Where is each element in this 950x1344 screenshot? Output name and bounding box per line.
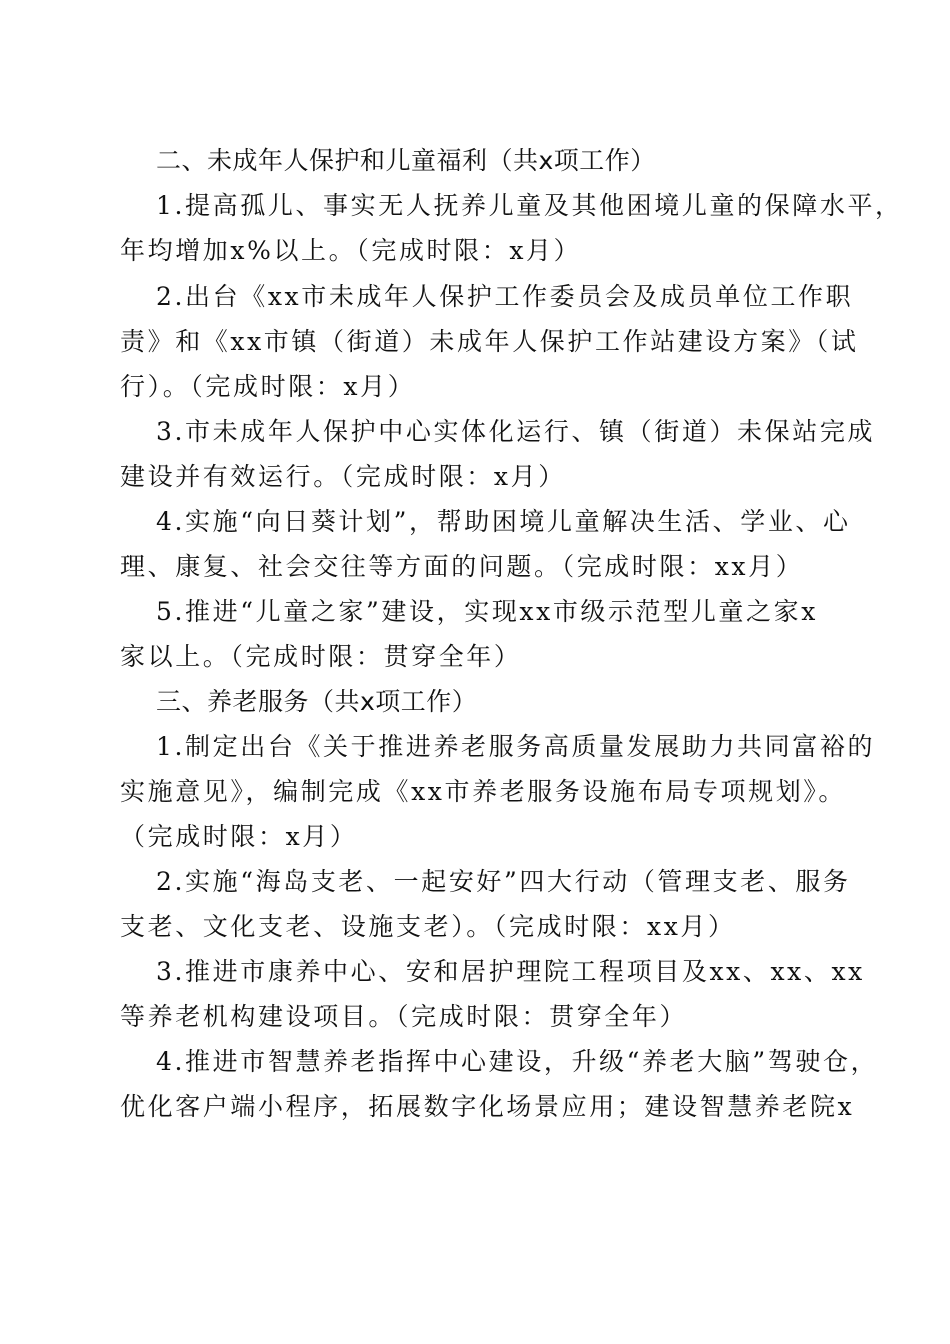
list-item-line: 行）。（完成时限：x月）: [120, 365, 840, 409]
list-item-line: 支老、文化支老、设施支老）。（完成时限：xx月）: [120, 905, 840, 949]
list-item-line: 5.推进“儿童之家”建设，实现xx市级示范型儿童之家x: [156, 590, 876, 634]
list-item-line: 1.制定出台《关于推进养老服务高质量发展助力共同富裕的: [156, 725, 876, 769]
list-item-line: 4.推进市智慧养老指挥中心建设，升级“养老大脑”驾驶仓，: [156, 1040, 876, 1084]
list-item-line: 建设并有效运行。（完成时限：x月）: [120, 455, 840, 499]
list-item-line: 优化客户端小程序，拓展数字化场景应用；建设智慧养老院x: [120, 1085, 840, 1129]
list-item-line: 实施意见》，编制完成《xx市养老服务设施布局专项规划》。: [120, 770, 840, 814]
list-item-line: 2.实施“海岛支老、一起安好”四大行动（管理支老、服务: [156, 860, 876, 904]
list-item-line: （完成时限：x月）: [120, 815, 840, 859]
list-item-line: 4.实施“向日葵计划”，帮助困境儿童解决生活、学业、心: [156, 500, 876, 544]
list-item-line: 3.市未成年人保护中心实体化运行、镇（街道）未保站完成: [156, 410, 876, 454]
list-item-line: 1.提高孤儿、事实无人抚养儿童及其他困境儿童的保障水平，: [156, 184, 876, 228]
section-heading: 二、未成年人保护和儿童福利（共x项工作）: [156, 139, 876, 183]
list-item-line: 家以上。（完成时限：贯穿全年）: [120, 635, 840, 679]
list-item-line: 责》和《xx市镇（街道）未成年人保护工作站建设方案》（试: [120, 320, 840, 364]
section-heading: 三、养老服务（共x项工作）: [156, 680, 876, 724]
list-item-line: 2.出台《xx市未成年人保护工作委员会及成员单位工作职: [156, 275, 876, 319]
list-item-line: 年均增加x%以上。（完成时限：x月）: [120, 229, 840, 273]
list-item-line: 等养老机构建设项目。（完成时限：贯穿全年）: [120, 995, 840, 1039]
list-item-line: 理、康复、社会交往等方面的问题。（完成时限：xx月）: [120, 545, 840, 589]
document-page: 二、未成年人保护和儿童福利（共x项工作） 1.提高孤儿、事实无人抚养儿童及其他困…: [0, 0, 950, 1344]
list-item-line: 3.推进市康养中心、安和居护理院工程项目及xx、xx、xx: [156, 950, 876, 994]
